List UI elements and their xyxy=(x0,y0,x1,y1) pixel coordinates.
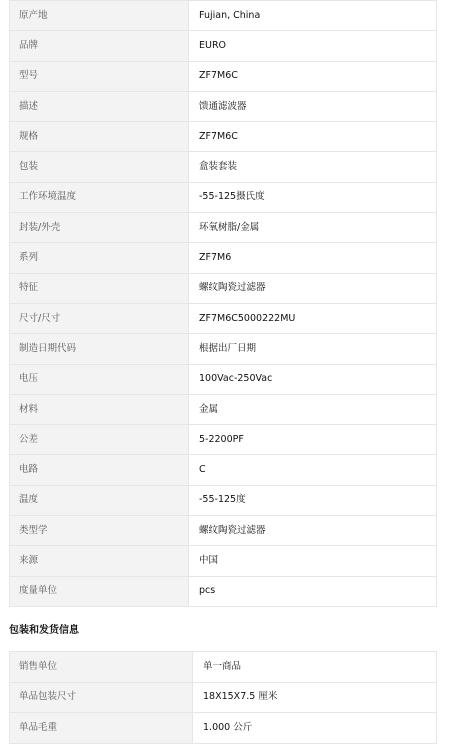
spec-label: 系列 xyxy=(10,243,189,273)
spec-row-operating-temp: 工作环境温度 -55-125摄氏度 xyxy=(10,182,437,212)
spec-label: 特征 xyxy=(10,273,189,303)
packaging-label: 单品包装尺寸 xyxy=(10,682,193,713)
spec-value: 100Vac-250Vac xyxy=(189,364,437,394)
spec-value: 螺纹陶瓷过滤器 xyxy=(189,273,437,303)
spec-label: 制造日期代码 xyxy=(10,334,189,364)
spec-row-origin: 原产地 Fujian, China xyxy=(10,1,437,31)
spec-value: ZF7M6C xyxy=(189,122,437,152)
spec-row-series: 系列 ZF7M6 xyxy=(10,243,437,273)
spec-label: 品牌 xyxy=(10,31,189,61)
spec-label: 原产地 xyxy=(10,1,189,31)
spec-row-voltage: 电压 100Vac-250Vac xyxy=(10,364,437,394)
spec-row-typology: 类型学 螺纹陶瓷过滤器 xyxy=(10,516,437,546)
packaging-row-package-size: 单品包装尺寸 18X15X7.5 厘米 xyxy=(10,682,437,713)
spec-row-model: 型号 ZF7M6C xyxy=(10,61,437,91)
spec-value: -55-125度 xyxy=(189,485,437,515)
spec-value: 螺纹陶瓷过滤器 xyxy=(189,516,437,546)
spec-label: 度量单位 xyxy=(10,576,189,606)
spec-value: 环氧树脂/金属 xyxy=(189,213,437,243)
spec-label: 电压 xyxy=(10,364,189,394)
spec-label: 材料 xyxy=(10,394,189,424)
spec-label: 型号 xyxy=(10,61,189,91)
spec-value: ZF7M6C5000222MU xyxy=(189,303,437,333)
spec-value: 馈通滤波器 xyxy=(189,91,437,121)
packaging-section-title: 包装和发货信息 xyxy=(9,624,79,638)
spec-row-material: 材料 金属 xyxy=(10,394,437,424)
spec-value: EURO xyxy=(189,31,437,61)
packaging-row-gross-weight: 单品毛重 1.000 公斤 xyxy=(10,713,437,744)
spec-row-package: 包装 盒装套装 xyxy=(10,152,437,182)
packaging-info-table: 销售单位 单一商品 单品包装尺寸 18X15X7.5 厘米 单品毛重 1.000… xyxy=(9,651,437,744)
spec-value: ZF7M6C xyxy=(189,61,437,91)
product-specs-table: 原产地 Fujian, China 品牌 EURO 型号 ZF7M6C 描述 馈… xyxy=(9,0,437,607)
spec-value: ZF7M6 xyxy=(189,243,437,273)
spec-value: 盒装套装 xyxy=(189,152,437,182)
spec-label: 工作环境温度 xyxy=(10,182,189,212)
spec-value: 中国 xyxy=(189,546,437,576)
spec-row-date-code: 制造日期代码 根据出厂日期 xyxy=(10,334,437,364)
spec-value: 5-2200PF xyxy=(189,425,437,455)
spec-row-tolerance: 公差 5-2200PF xyxy=(10,425,437,455)
packaging-label: 销售单位 xyxy=(10,652,193,683)
spec-row-feature: 特征 螺纹陶瓷过滤器 xyxy=(10,273,437,303)
spec-row-brand: 品牌 EURO xyxy=(10,31,437,61)
spec-label: 尺寸/尺寸 xyxy=(10,303,189,333)
spec-row-case: 封装/外壳 环氧树脂/金属 xyxy=(10,213,437,243)
spec-label: 包装 xyxy=(10,152,189,182)
spec-label: 来源 xyxy=(10,546,189,576)
spec-label: 公差 xyxy=(10,425,189,455)
spec-value: -55-125摄氏度 xyxy=(189,182,437,212)
spec-label: 类型学 xyxy=(10,516,189,546)
spec-row-size: 尺寸/尺寸 ZF7M6C5000222MU xyxy=(10,303,437,333)
spec-label: 描述 xyxy=(10,91,189,121)
spec-value: 金属 xyxy=(189,394,437,424)
spec-value: 根据出厂日期 xyxy=(189,334,437,364)
spec-value: C xyxy=(189,455,437,485)
spec-label: 规格 xyxy=(10,122,189,152)
spec-row-description: 描述 馈通滤波器 xyxy=(10,91,437,121)
spec-value: pcs xyxy=(189,576,437,606)
packaging-value: 18X15X7.5 厘米 xyxy=(193,682,437,713)
spec-row-circuit: 电路 C xyxy=(10,455,437,485)
packaging-label: 单品毛重 xyxy=(10,713,193,744)
packaging-value: 1.000 公斤 xyxy=(193,713,437,744)
spec-label: 封装/外壳 xyxy=(10,213,189,243)
packaging-value: 单一商品 xyxy=(193,652,437,683)
spec-value: Fujian, China xyxy=(189,1,437,31)
spec-label: 电路 xyxy=(10,455,189,485)
spec-row-unit: 度量单位 pcs xyxy=(10,576,437,606)
spec-row-temperature: 温度 -55-125度 xyxy=(10,485,437,515)
spec-label: 温度 xyxy=(10,485,189,515)
spec-row-specification: 规格 ZF7M6C xyxy=(10,122,437,152)
packaging-row-sales-unit: 销售单位 单一商品 xyxy=(10,652,437,683)
spec-row-source: 来源 中国 xyxy=(10,546,437,576)
